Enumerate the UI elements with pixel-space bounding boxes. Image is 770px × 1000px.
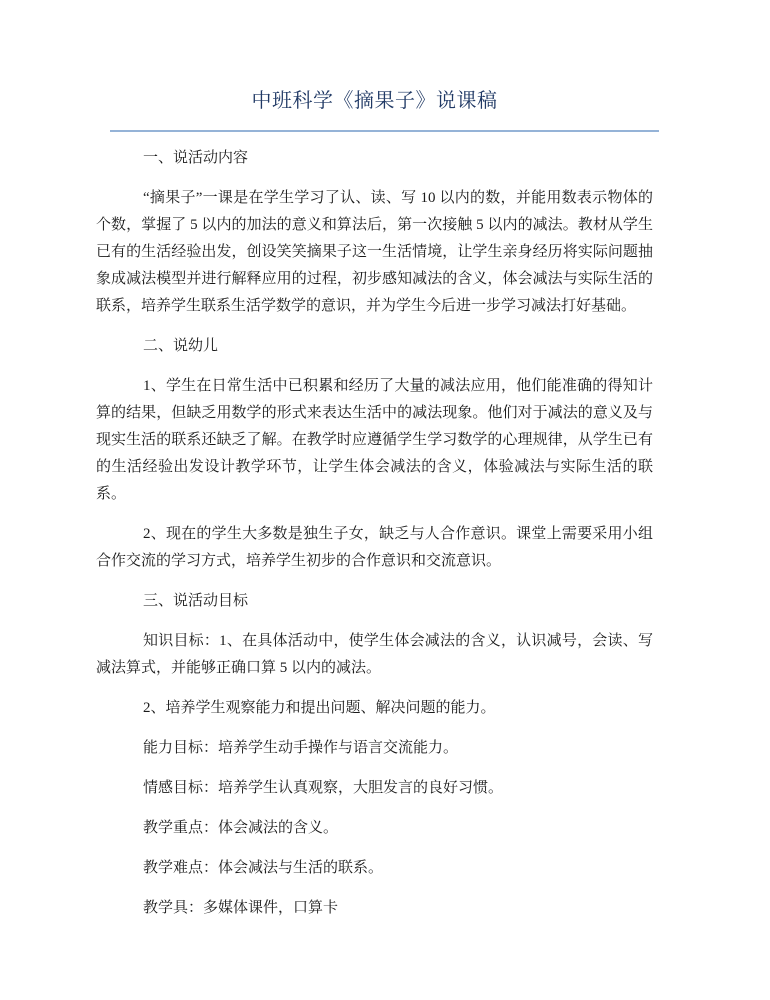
body-paragraph: 教学具：多媒体课件，口算卡 <box>96 895 653 922</box>
section-heading: 三、说活动目标 <box>96 588 653 615</box>
document-page: 中班科学《摘果子》说课稿 一、说活动内容 “摘果子”一课是在学生学习了认、读、写… <box>0 0 770 1000</box>
title-divider <box>110 130 659 132</box>
document-body: 一、说活动内容 “摘果子”一课是在学生学习了认、读、写 10 以内的数，并能用数… <box>96 145 653 922</box>
body-paragraph: 知识目标：1、在具体活动中，使学生体会减法的含义，认识减号，会读、写减法算式，并… <box>96 628 653 682</box>
body-paragraph: 能力目标：培养学生动手操作与语言交流能力。 <box>96 735 653 762</box>
body-paragraph: 1、学生在日常生活中已积累和经历了大量的减法应用，他们能准确的得知计算的结果，但… <box>96 373 653 508</box>
page-title: 中班科学《摘果子》说课稿 <box>96 88 653 114</box>
body-paragraph: 2、培养学生观察能力和提出问题、解决问题的能力。 <box>96 695 653 722</box>
section-heading: 二、说幼儿 <box>96 333 653 360</box>
section-heading: 一、说活动内容 <box>96 145 653 172</box>
body-paragraph: 教学重点：体会减法的含义。 <box>96 815 653 842</box>
body-paragraph: 情感目标：培养学生认真观察，大胆发言的良好习惯。 <box>96 775 653 802</box>
body-paragraph: 教学难点：体会减法与生活的联系。 <box>96 855 653 882</box>
body-paragraph: 2、现在的学生大多数是独生子女，缺乏与人合作意识。课堂上需要采用小组合作交流的学… <box>96 521 653 575</box>
body-paragraph: “摘果子”一课是在学生学习了认、读、写 10 以内的数，并能用数表示物体的个数，… <box>96 185 653 320</box>
